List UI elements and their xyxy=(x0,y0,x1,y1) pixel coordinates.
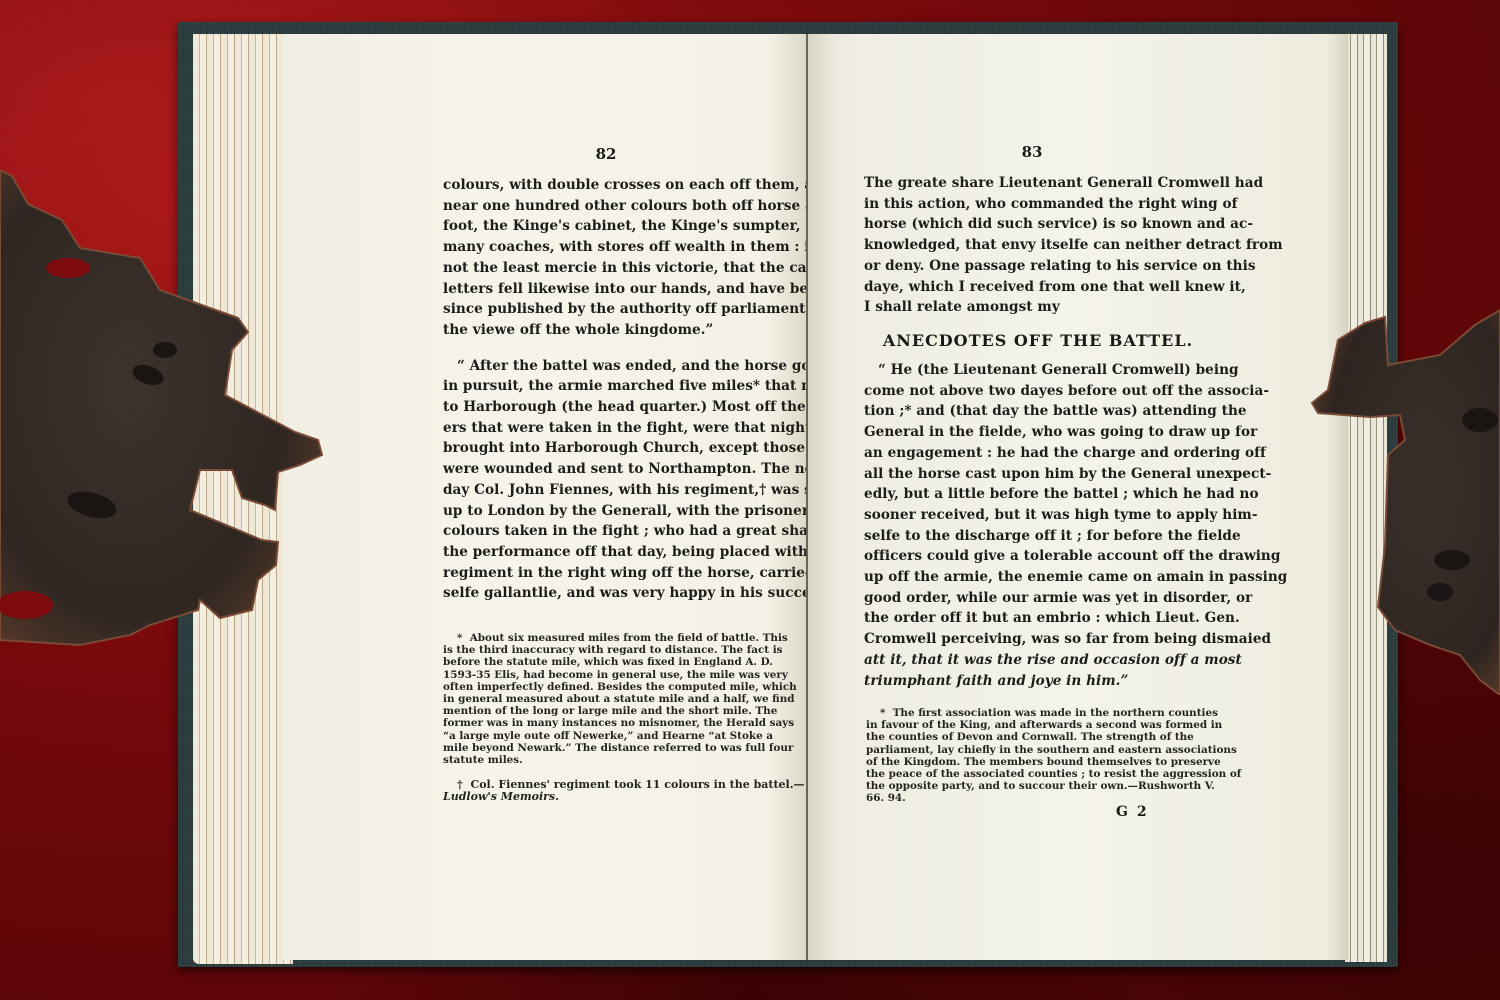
left-page: 82 colours, with double crosses on each … xyxy=(283,34,808,960)
section-heading: ANECDOTES OFF THE BATTEL. xyxy=(864,331,1212,350)
footnote-line: * About six measured miles from the fiel… xyxy=(443,632,773,644)
paragraph-2: “ After the battel was ended, and the ho… xyxy=(443,356,773,604)
left-page-clip-icon xyxy=(0,170,330,660)
left-body-text: colours, with double crosses on each off… xyxy=(443,175,773,604)
right-intro-text: The greate share Lieutenant Generall Cro… xyxy=(864,173,1212,318)
right-page-clip-icon xyxy=(1300,295,1500,695)
signature-mark: G 2 xyxy=(1116,804,1149,820)
right-footnote: * The first association was made in the … xyxy=(866,707,1202,805)
left-footnote-1: * About six measured miles from the fiel… xyxy=(443,632,773,766)
page-number-left: 82 xyxy=(576,145,636,163)
paragraph-1: colours, with double crosses on each off… xyxy=(443,175,773,341)
left-footnote-2: † Col. Fiennes' regiment took 11 colours… xyxy=(443,779,773,803)
page-number-right: 83 xyxy=(1002,143,1062,161)
right-quote-text: “ He (the Lieutenant Generall Cromwell) … xyxy=(864,360,1212,691)
right-page: 83 The greate share Lieutenant Generall … xyxy=(808,34,1348,960)
